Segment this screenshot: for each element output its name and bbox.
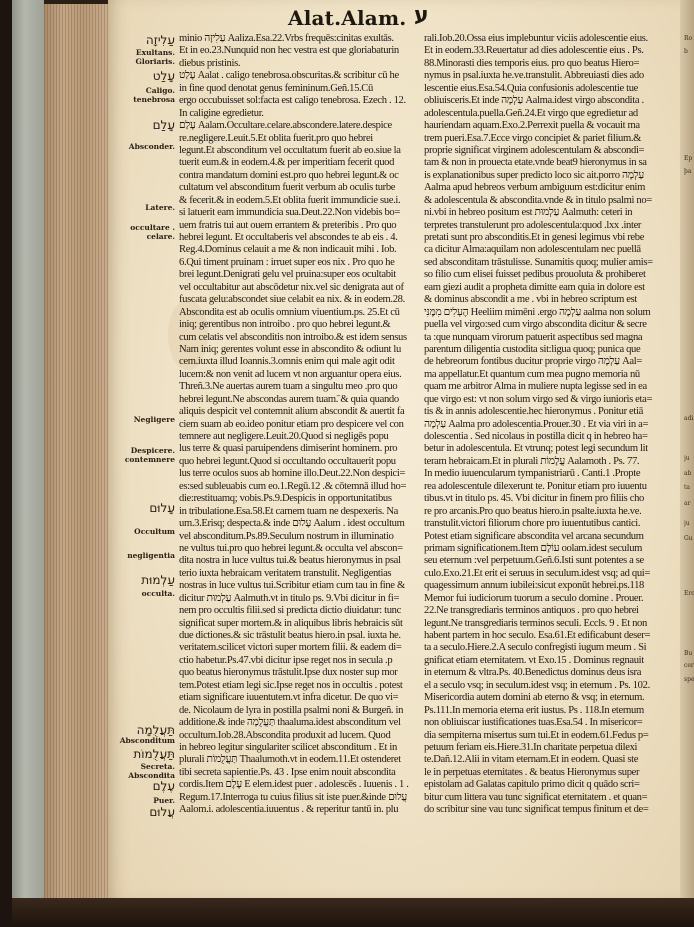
- text-line: die:restituamq; vobis.Ps.9.Despicis in o…: [179, 493, 411, 505]
- text-line: dicitur עַלְמוּת Aalmuth.vt in titulo ps…: [179, 593, 411, 605]
- bleed-fragment: þa: [684, 168, 694, 175]
- margin-latin-gloss: occulta.: [142, 589, 175, 598]
- text-line: 6.Qui timent pruinam : irruet super eos …: [179, 257, 411, 269]
- bleed-fragment: Ero: [684, 590, 694, 597]
- text-line: dita nostra in luce vultus tui.& beatus …: [179, 555, 411, 567]
- text-line: tibus.vt in titulo ps. 45. Vbi dicitur i…: [424, 493, 682, 505]
- text-line: & adolescentula & abscondita.vnde & in t…: [424, 195, 682, 207]
- text-line: Misericordia autem domini ab eterno & vs…: [424, 692, 682, 704]
- text-line: bitur cum littera vau tunc significat et…: [424, 792, 682, 804]
- text-line: in hebreo legitur singulariter scilicet …: [179, 742, 411, 754]
- text-line: Aalom.i. adolescentia.iuuentus . & reper…: [179, 804, 411, 816]
- margin-latin-gloss: Negligere: [134, 415, 175, 424]
- text-line: hauriendam aquam.Exo.2.Perrexit puella &…: [424, 120, 682, 132]
- text-line: in eternum & vltra.Ps. 40.Benedictus dom…: [424, 667, 682, 679]
- hebrew-quire-letter: ע: [414, 3, 429, 28]
- text-line: re pro arcanis.Pro quo beatus hiero.in p…: [424, 506, 682, 518]
- text-line: 22.Ne transgrediaris terminos antiquos .…: [424, 605, 682, 617]
- facing-page-gutter: [680, 0, 694, 898]
- text-line: habent partem in hoc seculo. Esa.61.Et e…: [424, 630, 682, 642]
- text-line: in tribulatione.Esa.58.Et carnem tuam ne…: [179, 506, 411, 518]
- text-line: ctio habetur.Ps.47.vbi dicitur ipse rege…: [179, 655, 411, 667]
- text-line: betur in adolescentula. Et vtrunq; potes…: [424, 443, 682, 455]
- text-line: diebus pristinis.: [179, 58, 411, 70]
- text-line: Et in eo.23.Nunquid non hec vestra est q…: [179, 45, 411, 57]
- text-line: עָלַט Aalat . caligo tenebrosa.obscurita…: [179, 70, 411, 82]
- text-line: tibi secreta sapientie.Ps. 43 . Ipse eni…: [179, 767, 411, 779]
- text-line: terio iuxta hebraicam veritatem transtul…: [179, 568, 411, 580]
- bleed-fragment: ta: [684, 484, 694, 491]
- text-line: um.3.Erisq; despecta.& inde עָלוּם Aalum…: [179, 518, 411, 530]
- text-line: עַלְמָה Aalma pro adolescentia.Prouer.30…: [424, 419, 682, 431]
- text-line: adolescentula.puella.Geñ.24.Et virgo que…: [424, 108, 682, 120]
- text-line: quo hebrei legunt.Quod si occultando occ…: [179, 456, 411, 468]
- text-line: ciem suam ab eo.ideo ponitur etiam pro d…: [179, 419, 411, 431]
- bleed-fragment: ab: [684, 470, 694, 477]
- text-line: gnificat etiam eternitatem. vt Exo.15 . …: [424, 655, 682, 667]
- text-line: es:sed subleuabis cum eo.1.Regū.12 .& cō…: [179, 481, 411, 493]
- text-line: trem pueri.Esa.7.Ecce virgo concipiet & …: [424, 133, 682, 145]
- margin-latin-gloss: Absconditum: [120, 736, 175, 745]
- running-head: Alat.Alam.: [288, 6, 406, 30]
- text-line: occultum.Iob.28.Abscondita produxit ad l…: [179, 730, 411, 742]
- text-line: contra mandatum domini est.pro quo hebre…: [179, 170, 411, 182]
- text-line: vel absconditum.Ps.89.Seculum nostrum in…: [179, 531, 411, 543]
- margin-hebrew-headword: עַלִיזָה: [146, 33, 175, 47]
- text-line: minio עַלִיזָה Aaliza.Esa.22.Vrbs frequē…: [179, 33, 411, 45]
- text-line: in fine quod denotat genus femininum.Geñ…: [179, 83, 411, 95]
- text-line: plurali תַּעֲלֻמוֹת Thaalumoth.vt in eod…: [179, 754, 411, 766]
- text-line: ca dicitur Alma:aquilam non adolescentul…: [424, 244, 682, 256]
- text-line: de. Nicolaum de lyra in postilla psalmi …: [179, 705, 411, 717]
- text-line: additione.& inde תַּעֲלֻמָה thaaluma.ide…: [179, 717, 411, 729]
- text-line: seu eternum :vel perpetuum.Geñ.6.Isti su…: [424, 555, 682, 567]
- text-line: lus terre & quasi paruipendens dimiserin…: [179, 443, 411, 455]
- margin-hebrew-headword: עָלַט: [153, 69, 175, 83]
- text-line: quo beatus hieronymus trāstulit.Ipse dux…: [179, 667, 411, 679]
- text-line: eam giezi audit a propheta dimitte eam q…: [424, 282, 682, 294]
- text-line: teram hebraicam.Et in plurali עֲלָמוֹת A…: [424, 456, 682, 468]
- text-line: legunt.Et absconditum vel occultatum fue…: [179, 145, 411, 157]
- margin-latin-gloss: Caligo.: [146, 86, 175, 95]
- margin-hebrew-headword: תַּעֲלֻמָה: [137, 723, 175, 737]
- text-line: cultatum vel absconditum fuerit verbum a…: [179, 182, 411, 194]
- bleed-fragment: spe: [684, 676, 694, 683]
- text-line: ma appellatur.Et quantum cum mea pugno m…: [424, 369, 682, 381]
- text-line: cem.iuxta illud Ioannis.3.omnis enim qui…: [179, 356, 411, 368]
- text-line: nymus in psal.iuxta he.ve.transtulit. Ab…: [424, 70, 682, 82]
- text-line: lescentie eius.Esa.54.Quia confusionis a…: [424, 83, 682, 95]
- text-column-right: rali.Iob.20.Ossa eius implebuntur viciis…: [424, 33, 682, 817]
- margin-hebrew-headword: עֲלוּם: [149, 805, 175, 819]
- margin-latin-gloss: negligentia: [127, 551, 175, 560]
- text-line: quam me arbitror Alma in muliere nupta l…: [424, 381, 682, 393]
- text-line: si latuerit eam immundicia sua.Deut.22.N…: [179, 207, 411, 219]
- bleed-fragment: ju: [684, 520, 694, 527]
- text-line: Aalma apud hebreos verbum ambiguum est:d…: [424, 182, 682, 194]
- text-line: veritatem.scilicet victori super mortem …: [179, 642, 411, 654]
- bleed-fragment: Bu: [684, 650, 694, 657]
- text-line: quagessimum annum iubilei:sicut exponūt …: [424, 580, 682, 592]
- text-line: sed absconditam trāstulisse. Sunamitis q…: [424, 257, 682, 269]
- margin-hebrew-headword: תַּעֲלֻמוֹת: [133, 747, 175, 761]
- margin-latin-gloss: tenebrosa: [133, 95, 175, 104]
- text-line: petuum feriam eis.Hiere.31.In charitate …: [424, 742, 682, 754]
- margin-latin-gloss: celare.: [147, 232, 175, 241]
- text-line: aliquis despicit vel contemnit alium abs…: [179, 406, 411, 418]
- book-bottom-edge: [12, 898, 694, 927]
- margin-hebrew-headword: עָלַם: [153, 118, 175, 132]
- margin-latin-gloss: contemnere: [125, 455, 175, 464]
- text-line: tuerit eum.& in eodem.4.& per imperitiam…: [179, 157, 411, 169]
- text-line: ne vultus tui.pro quo hebrei legunt.& oc…: [179, 543, 411, 555]
- text-line: lus terre oculos suos ab homine illo.Deu…: [179, 468, 411, 480]
- bleed-fragment: Ro: [684, 35, 694, 42]
- text-line: & dominus abscondit a me . vbi in hebreo…: [424, 294, 682, 306]
- text-line: legunt.Ne transgrediaris terminos seculi…: [424, 618, 682, 630]
- bleed-fragment: cer: [684, 662, 694, 669]
- text-line: ta a seculo.Hiere.2.A seculo confregisti…: [424, 642, 682, 654]
- text-line: fuscata gelu:abscondet siue celabit ea n…: [179, 294, 411, 306]
- text-line: pretati sunt pro absconditis.Et in genes…: [424, 232, 682, 244]
- text-line: nem pro occultis filii.sed si predicta d…: [179, 605, 411, 617]
- text-line: nostras in luce vultus tui.Scribitur eti…: [179, 580, 411, 592]
- text-line: do scribitur sine vau tunc significat te…: [424, 804, 682, 816]
- text-line: Regum.17.Interroga tu cuius filius sit i…: [179, 792, 411, 804]
- text-line: obliuisceris.Et inde עַלְמָה Aalma.idest…: [424, 95, 682, 107]
- text-line: el a seculo vsq; in seculum.idest vsq; i…: [424, 680, 682, 692]
- text-line: so filio cum elisei fuisset pedibus prou…: [424, 269, 682, 281]
- text-line: hebrei legunt.Ne abscondas aurem tuam.̄ …: [179, 394, 411, 406]
- text-line: Potest etiam significare abscondita vel …: [424, 531, 682, 543]
- margin-hebrew-headword: עַלְמוּת: [141, 573, 175, 587]
- text-line: terpretes transtulerunt pro adolescentul…: [424, 220, 682, 232]
- bleed-fragment: ar: [684, 500, 694, 507]
- text-line: lucem:& non venit ad lucem vt non arguan…: [179, 369, 411, 381]
- text-line: Et in eodem.33.Reuertatur ad dies adoles…: [424, 45, 682, 57]
- bleed-fragment: Ep: [684, 155, 694, 162]
- margin-latin-gloss: Gloriaris.: [135, 57, 175, 66]
- text-line: cum celatis vel absconditis non introibo…: [179, 332, 411, 344]
- text-line: tis & in annis adolescentie.hec hieronym…: [424, 406, 682, 418]
- text-line: tam & non in prouecta etate.vnde beat9 h…: [424, 157, 682, 169]
- text-line: dolescentia . Sed nicolaus in postilla d…: [424, 431, 682, 443]
- margin-latin-gloss: occultare .: [130, 223, 175, 232]
- bleed-fragment: adi: [684, 415, 694, 422]
- text-line: iniq; gerentibus non introibo . pro quo …: [179, 319, 411, 331]
- book-cover: [0, 0, 12, 927]
- text-line: is explanationibus super predicto loco s…: [424, 170, 682, 182]
- text-line: uem fratris tui aut ouem errantem & pret…: [179, 220, 411, 232]
- text-line: In caligine egredietur.: [179, 108, 411, 120]
- text-line: brei legunt.Denigrati gelu vel pruina:su…: [179, 269, 411, 281]
- book-board-edge: [12, 0, 44, 905]
- text-line: etiam significare iuuentutem.vt infra di…: [179, 692, 411, 704]
- text-line: primam significationem.Item עוֹלָם oolam…: [424, 543, 682, 555]
- text-line: due dictiones.& sic trāstulit beatus hie…: [179, 630, 411, 642]
- text-line: de hebreorum fontibus ducitur proprie vi…: [424, 356, 682, 368]
- text-line: vel occultabitur aut abscōdetur nix.vel …: [179, 282, 411, 294]
- text-line: puella vel virgo:sed cum virgo abscondit…: [424, 319, 682, 331]
- text-line: dia sempiterna misertus sum tui.Et in eo…: [424, 730, 682, 742]
- margin-latin-gloss: Despicere.: [131, 446, 175, 455]
- bleed-fragment: b: [684, 48, 694, 55]
- margin-latin-gloss: Absconder.: [129, 142, 175, 151]
- text-line: 88.Minorasti dies temporis eius. pro quo…: [424, 58, 682, 70]
- text-line: proprie significat virginem adolescentul…: [424, 145, 682, 157]
- text-line: Abscondita est ab oculis omnium viuentiu…: [179, 307, 411, 319]
- margin-latin-gloss: Occultum: [134, 527, 175, 536]
- text-line: culo.Exo.21.Et erit ei seruus in seculum…: [424, 568, 682, 580]
- margin-latin-gloss: Puer.: [153, 796, 175, 805]
- text-line: transtulit.victori filiorum chore pro iu…: [424, 518, 682, 530]
- text-line: cordis.Item עֶלֶם E elem.idest puer . ad…: [179, 779, 411, 791]
- text-line: Reg.4.Dominus celauit a me & non indicau…: [179, 244, 411, 256]
- margin-latin-gloss: Exultans.: [136, 48, 175, 57]
- text-line: & fecerit.& in eodem.5.Et oblita fuerit …: [179, 195, 411, 207]
- text-line: temnere aut negligere.Leuit.20.Quod si n…: [179, 431, 411, 443]
- margin-latin-gloss: Latere.: [145, 203, 175, 212]
- text-line: significat super mortem.& in aliquibus l…: [179, 618, 411, 630]
- text-line: הֶעְלִים מִמֶּנִּי Heeliim mimēni .ergo …: [424, 307, 682, 319]
- text-line: rea adolescentule dilexerunt te. Ponitur…: [424, 481, 682, 493]
- text-line: ta :que nunquam virorum patuerit aspecti…: [424, 332, 682, 344]
- page-stack-fore-edge: [44, 4, 108, 899]
- text-line: Nam iniq; gerentes volunt esse in abscon…: [179, 344, 411, 356]
- text-line: epistolam ad Galatas capitulo primo dici…: [424, 779, 682, 791]
- text-line: עָלַם Aalam.Occultare.celare.abscondere.…: [179, 120, 411, 132]
- text-line: Memor fui iudiciorum tuorum a seculo dom…: [424, 593, 682, 605]
- text-line: hebrei legunt. Et occultaberis vel absco…: [179, 232, 411, 244]
- bleed-fragment: Gu: [684, 535, 694, 542]
- text-line: te.Dañ.12.Alii in vitam eternam.Et in eo…: [424, 754, 682, 766]
- text-line: ergo occubuisset sol:facta est caligo te…: [179, 95, 411, 107]
- text-line: re.negligere.Leuit.5.Et oblita fuerit.pr…: [179, 133, 411, 145]
- text-column-left: minio עַלִיזָה Aaliza.Esa.22.Vrbs frequē…: [179, 33, 411, 817]
- text-line: In medio iuuencularum tympanistriarū . C…: [424, 468, 682, 480]
- margin-hebrew-headword: עָלוּם: [149, 501, 175, 515]
- margin-latin-gloss: Secreta.: [141, 762, 175, 771]
- text-line: que virgo est: vt non solum virgo sed & …: [424, 394, 682, 406]
- margin-hebrew-headword: עֶלֶם: [153, 779, 175, 793]
- text-line: ni.vbi in hebreo positum est עַלְמוּת Aa…: [424, 207, 682, 219]
- text-line: Ps.111.In memoria eterna erit iustus. Ps…: [424, 705, 682, 717]
- text-line: le in perpetuas eternitates . & beatus H…: [424, 767, 682, 779]
- text-line: tem.Potest etiam legi sic.Ipse reget nos…: [179, 680, 411, 692]
- text-line: non obliuiscar iustificationes tuas.Esa.…: [424, 717, 682, 729]
- bleed-fragment: ju: [684, 455, 694, 462]
- text-line: Threñ.3.Ne auertas aurem tuam a singultu…: [179, 381, 411, 393]
- text-line: parentum diligentia custodita sit:ligua …: [424, 344, 682, 356]
- text-line: rali.Iob.20.Ossa eius implebuntur viciis…: [424, 33, 682, 45]
